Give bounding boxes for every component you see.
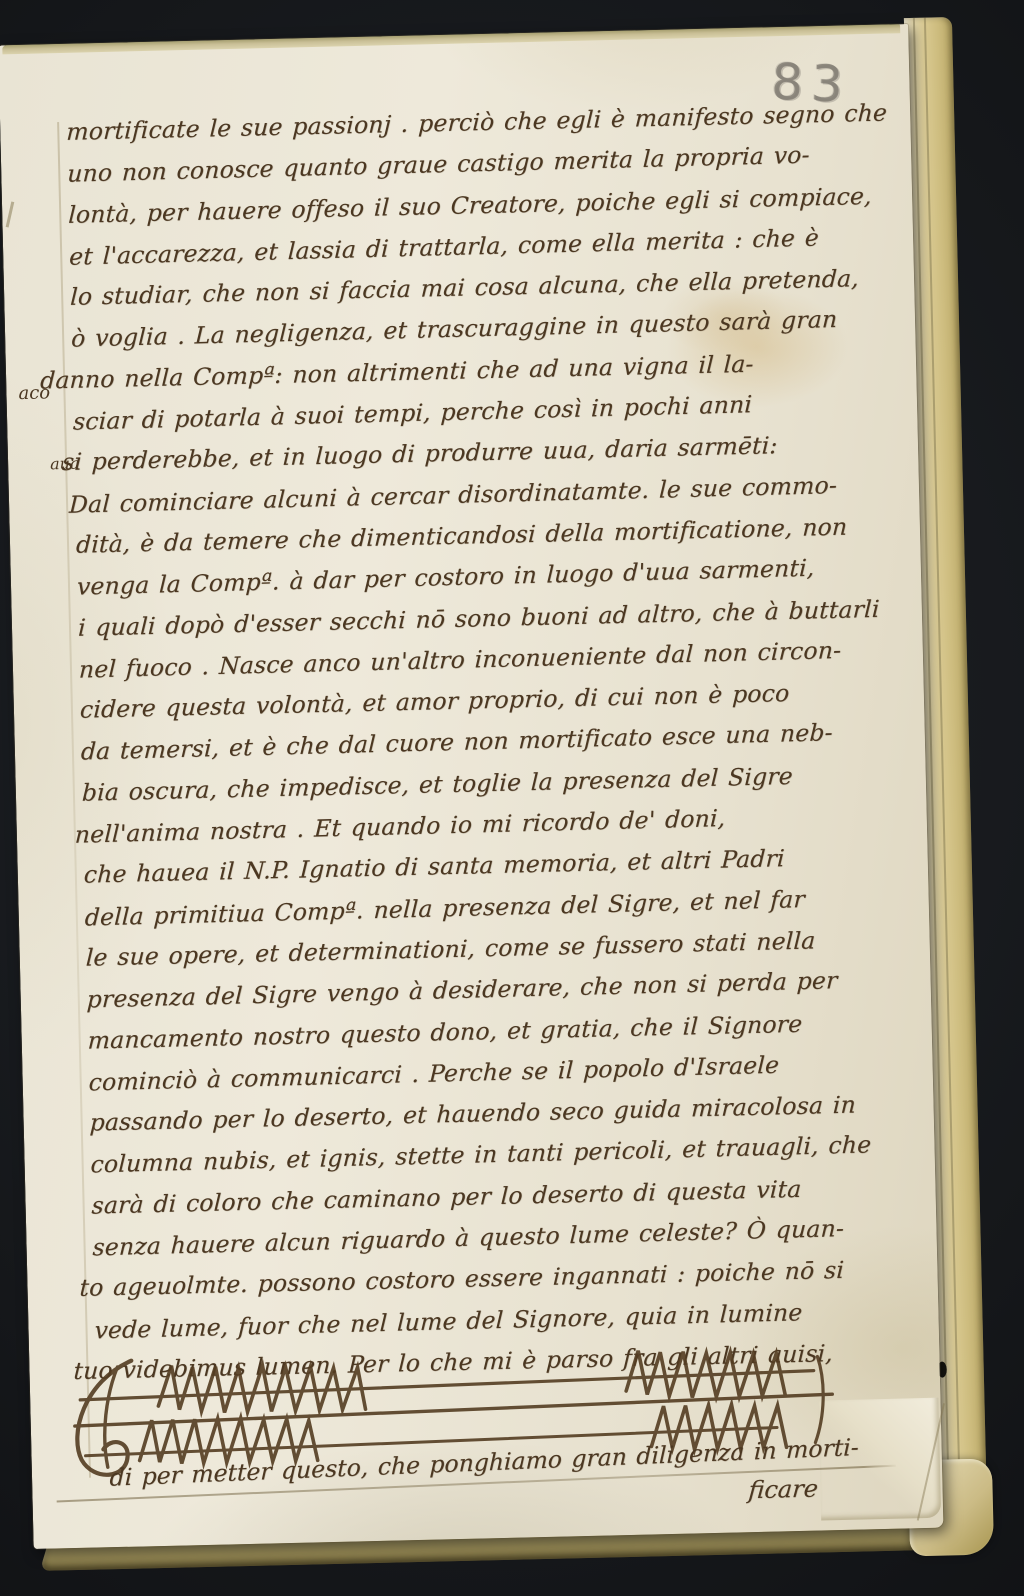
manuscript-page: 83 mortificate le sue passionj . perciò …: [0, 24, 943, 1549]
book: 83 mortificate le sue passionj . perciò …: [0, 13, 988, 1571]
manuscript-lines: mortificate le sue passionj . perciò che…: [66, 93, 910, 1392]
interline-insertion: aua: [50, 454, 80, 474]
page-top-edge: [2, 24, 900, 54]
marginal-note: aco: [18, 382, 50, 404]
catchword: ficare: [747, 1475, 819, 1505]
left-edge-tear: [6, 202, 28, 231]
photograph-background: 83 mortificate le sue passionj . perciò …: [0, 0, 1024, 1596]
